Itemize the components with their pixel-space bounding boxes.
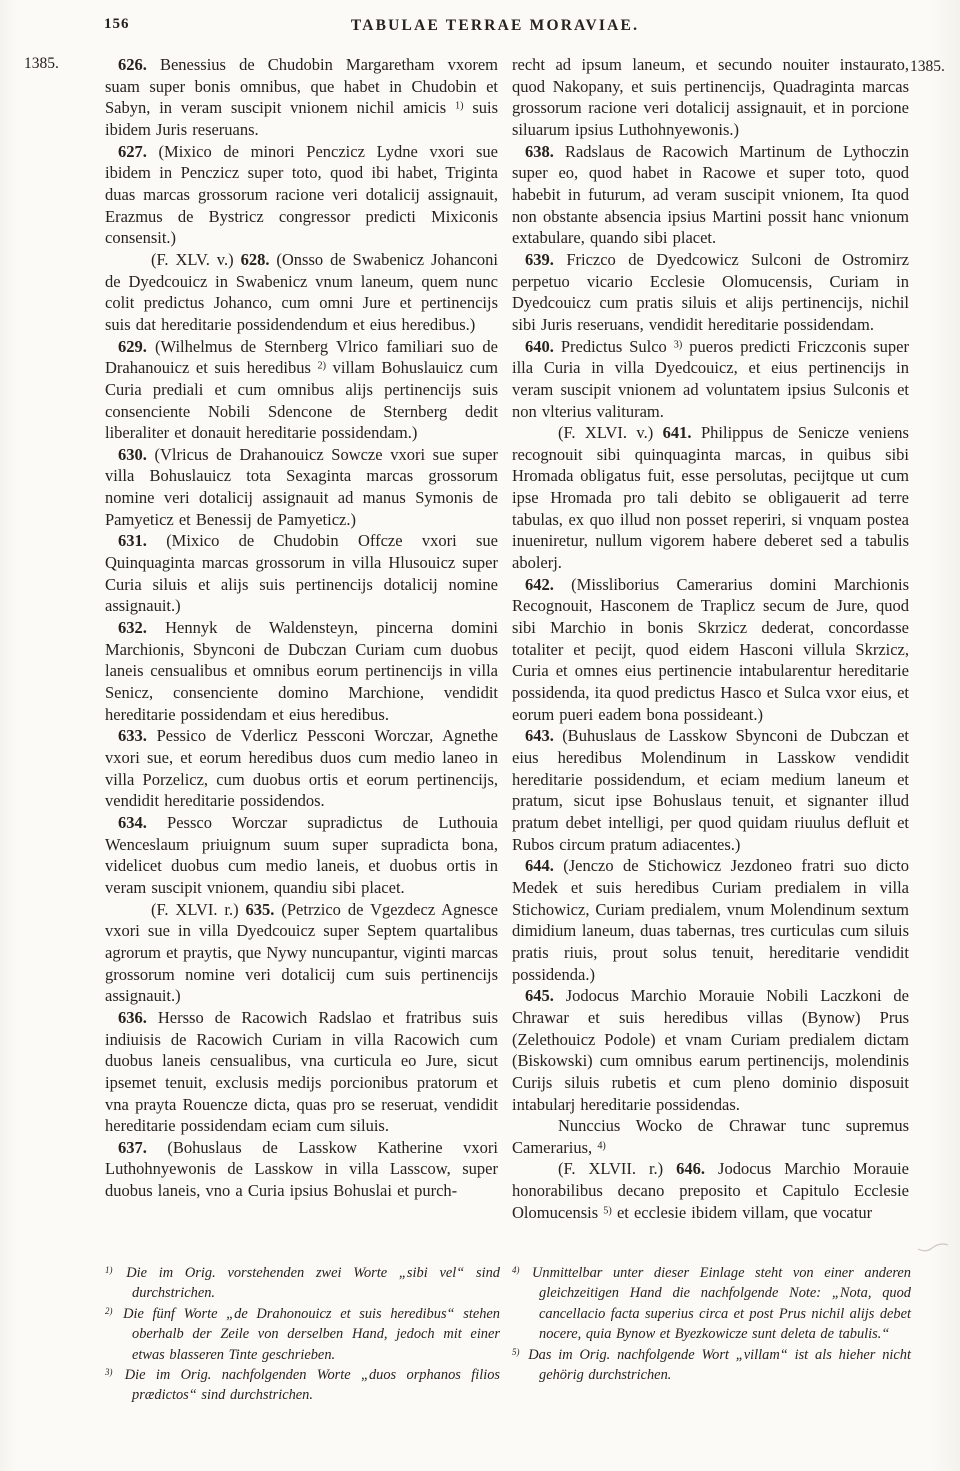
- entry-number: 640.: [525, 337, 554, 356]
- footnote-reference: 3): [674, 339, 683, 350]
- footnotes-right: 4) Unmittelbar unter dieser Einlage steh…: [512, 1263, 911, 1385]
- entry-number: 629.: [118, 337, 147, 356]
- entry-paragraph: 629. (Wilhelmus de Sternberg Vlrico fami…: [105, 336, 498, 444]
- entry-paragraph: (F. XLVII. r.) 646. Jodocus Marchio Mora…: [512, 1158, 909, 1223]
- entry-number: 636.: [118, 1008, 147, 1027]
- entry-number: 635.: [246, 900, 275, 919]
- entry-paragraph: 631. (Mixico de Chudobin Offcze vxori su…: [105, 530, 498, 617]
- entry-paragraph: 640. Predictus Sulco 3) pueros predicti …: [512, 336, 909, 423]
- entry-number: 642.: [525, 575, 554, 594]
- entry-paragraph: (F. XLVI. r.) 635. (Petrzico de Vgezdecz…: [105, 899, 498, 1007]
- entry-paragraph: 642. (Missliborius Camerarius domini Mar…: [512, 574, 909, 726]
- footnote: 4) Unmittelbar unter dieser Einlage steh…: [512, 1263, 911, 1345]
- footnote: 1) Die im Orig. vorstehenden zwei Worte …: [105, 1263, 500, 1304]
- footnote: 2) Die fünf Worte „de Drahonouicz et sui…: [105, 1304, 500, 1365]
- footnote-marker: 2): [105, 1306, 112, 1316]
- margin-year-left: 1385.: [24, 55, 59, 73]
- entry-number: 633.: [118, 726, 147, 745]
- entry-paragraph: (F. XLVI. v.) 641. Philippus de Senicze …: [512, 422, 909, 574]
- footnote-reference: 5): [603, 1205, 612, 1216]
- entry-number: 627.: [118, 142, 147, 161]
- entry-number: 632.: [118, 618, 147, 637]
- entry-number: 638.: [525, 142, 554, 161]
- footnote-marker: 5): [512, 1347, 519, 1357]
- footnote: 5) Das im Orig. nachfolgende Wort „villa…: [512, 1345, 911, 1386]
- footnote-reference: 2): [317, 361, 326, 372]
- entry-number: 626.: [118, 55, 147, 74]
- footnote-reference: 4): [597, 1140, 606, 1151]
- entry-paragraph: 633. Pessico de Vderlicz Pessconi Worcza…: [105, 725, 498, 812]
- entry-paragraph: 643. (Buhuslaus de Lasskow Sbynconi de D…: [512, 725, 909, 855]
- entry-number: 634.: [118, 813, 147, 832]
- entry-paragraph: 636. Hersso de Racowich Radslao et fratr…: [105, 1007, 498, 1137]
- entry-number: 646.: [676, 1159, 705, 1178]
- footnotes-left: 1) Die im Orig. vorstehenden zwei Worte …: [105, 1263, 500, 1406]
- entry-paragraph: (F. XLV. v.) 628. (Onsso de Swabenicz Jo…: [105, 249, 498, 336]
- entry-paragraph: 639. Friczco de Dyedcowicz Sulconi de Os…: [512, 249, 909, 336]
- entry-number: 630.: [118, 445, 147, 464]
- margin-year-right: 1385.: [910, 58, 945, 76]
- entry-number: 639.: [525, 250, 554, 269]
- entry-paragraph: 637. (Bohuslaus de Lasskow Katherine vxo…: [105, 1137, 498, 1202]
- running-title: TABULAE TERRAE MORAVIAE.: [0, 17, 960, 35]
- ink-mark: [916, 1240, 950, 1254]
- right-column: recht ad ipsum laneum, et secundo nouite…: [512, 54, 909, 1223]
- entry-number: 645.: [525, 986, 554, 1005]
- entry-paragraph: 627. (Mixico de minori Penczicz Lydne vx…: [105, 141, 498, 249]
- footnote-marker: 4): [512, 1265, 519, 1275]
- entry-number: 644.: [525, 856, 554, 875]
- entry-paragraph: 638. Radslaus de Racowich Martinum de Ly…: [512, 141, 909, 249]
- entry-number: 641.: [663, 423, 692, 442]
- entry-paragraph: 630. (Vlricus de Drahanouicz Sowcze vxor…: [105, 444, 498, 531]
- footnote-marker: 1): [105, 1265, 112, 1275]
- entry-paragraph: 644. (Jenczo de Stichowicz Jezdoneo frat…: [512, 855, 909, 985]
- footnote: 3) Die im Orig. nachfolgenden Worte „duo…: [105, 1365, 500, 1406]
- entry-number: 628.: [241, 250, 270, 269]
- entry-paragraph: 626. Benessius de Chudobin Margaretham v…: [105, 54, 498, 141]
- entry-paragraph: Nunccius Wocko de Chrawar tunc supremus …: [512, 1115, 909, 1158]
- footnote-reference: 1): [455, 101, 464, 112]
- entry-paragraph: 634. Pessco Worczar supradictus de Lutho…: [105, 812, 498, 899]
- entry-paragraph: 645. Jodocus Marchio Morauie Nobili Lacz…: [512, 985, 909, 1115]
- left-column: 626. Benessius de Chudobin Margaretham v…: [105, 54, 498, 1202]
- footnote-marker: 3): [105, 1367, 112, 1377]
- entry-number: 643.: [525, 726, 554, 745]
- entry-paragraph: 632. Hennyk de Waldensteyn, pincerna dom…: [105, 617, 498, 725]
- entry-number: 637.: [118, 1138, 147, 1157]
- entry-number: 631.: [118, 531, 147, 550]
- entry-paragraph: recht ad ipsum laneum, et secundo nouite…: [512, 54, 909, 141]
